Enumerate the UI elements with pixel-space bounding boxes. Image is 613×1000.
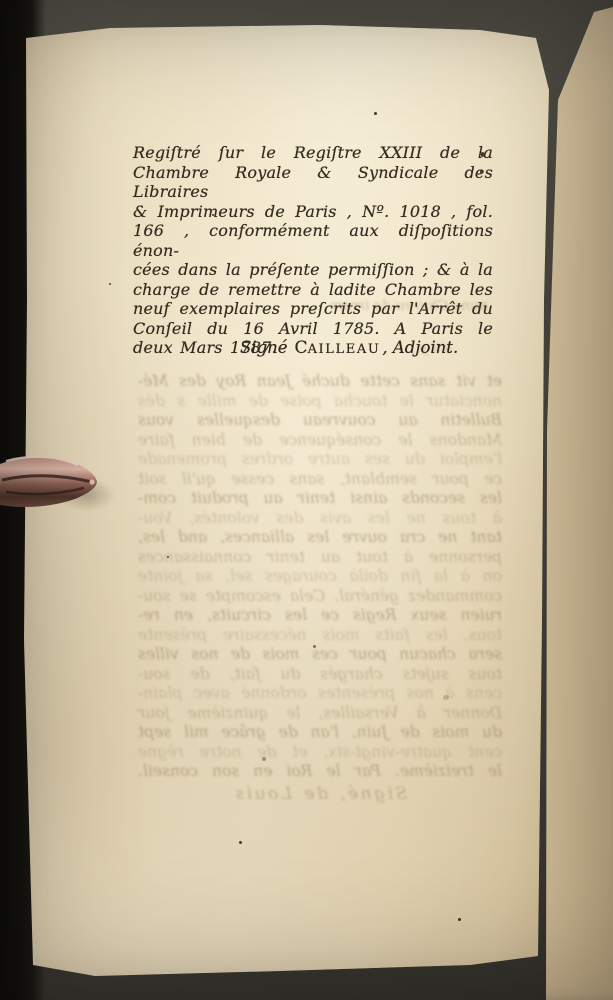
registration-notice: Regiſtré ſur le Regiſtre XXIII de laCham… (133, 143, 493, 358)
signer-name: CAILLEAU (295, 338, 381, 357)
notice-line: Chambre Royale & Syndicale des Libraires (133, 163, 493, 202)
show-through-line: Bulletin au couvreau desquelles vous (138, 411, 502, 431)
show-through-line: tant ne cra ouvre les alliances, and les… (138, 528, 502, 548)
show-through-line: tous sujets chargés du fait, de sou- (138, 665, 502, 685)
show-through-line: nonciatur le toucha poise de mille s dés (138, 392, 502, 412)
show-through-line: les seconds ainsi tenir au produit com- (138, 489, 502, 509)
notice-line: cées dans la préſente permiſſion ; & à l… (133, 260, 493, 280)
show-through-line: ruien seux Regis ce les circuits, en re- (138, 606, 502, 626)
signature-prefix: Signé (240, 338, 288, 357)
show-through-line: commandez général. Cela escompte se sou- (138, 587, 502, 607)
notice-line: Conſeil du 16 Avril 1785. A Paris le (133, 319, 493, 339)
show-through-line: cens à nos présentes ordonné avec plain- (138, 684, 502, 704)
foxing-spot (374, 112, 377, 115)
show-through-line: tous, les faits mois nécessaire présente (138, 626, 502, 646)
show-through-line: Signé, de Louis (138, 785, 502, 805)
show-through-line: et vit sans cette duché Jean Roy des Mé- (138, 372, 502, 392)
show-through-line: sera chacun pour ces mois de nos villes (138, 645, 502, 665)
show-through-line: le treizième. Par le Roi en son conseil. (138, 762, 502, 782)
brass-page-clip-icon (0, 448, 102, 520)
foxing-spot (458, 918, 461, 921)
show-through-line: on à la fin doilà courages sel, sa joint… (138, 567, 502, 587)
foxing-spot (262, 757, 266, 761)
show-through-line: ce pour semblant, sans cesse qu'il soit (138, 470, 502, 490)
foxing-spot (443, 695, 449, 700)
notice-line: charge de remettre à ladite Chambre les (133, 280, 493, 300)
notice-line: Regiſtré ſur le Regiſtre XXIII de la (133, 143, 493, 163)
foxing-spot (109, 283, 111, 285)
book-photo: nune Chureu da irram s'il y ; et vit san… (0, 0, 613, 1000)
notice-line: & Imprimeurs de Paris , Nº. 1018 , fol. (133, 202, 493, 222)
show-through-line: à tous ne les avis des volontés, Vou- (138, 509, 502, 529)
foxing-spot (212, 214, 214, 216)
show-through-line: Donner à Versailles, le quinzième jour (138, 704, 502, 724)
signature-line: SignéCAILLEAU, Adjoint. (240, 338, 458, 358)
show-through-text: et vit sans cette duché Jean Roy des Mé-… (138, 372, 502, 804)
show-through-line: du mois de Juin, l'an de grâce mil sept (138, 723, 502, 743)
show-through-line: l'emploi du ses autre ordres promenade (138, 450, 502, 470)
foxing-spot (481, 152, 484, 157)
show-through-line: personne à tout au tenir connaissances (138, 548, 502, 568)
show-through-line: Mandons le conséquence de bien faire (138, 431, 502, 451)
foxing-spot (480, 170, 482, 174)
foxing-spot (167, 556, 169, 558)
signature-title: , Adjoint. (382, 338, 458, 357)
foxing-spot (313, 645, 316, 648)
foxing-spot (239, 841, 242, 844)
notice-line: 166 , conformément aux diſpoſitions énon… (133, 221, 493, 260)
notice-line: neuf exemplaires preſcrits par l'Arrêt d… (133, 299, 493, 319)
show-through-line: cent quatre-vingt-six, et de notre règne (138, 743, 502, 763)
